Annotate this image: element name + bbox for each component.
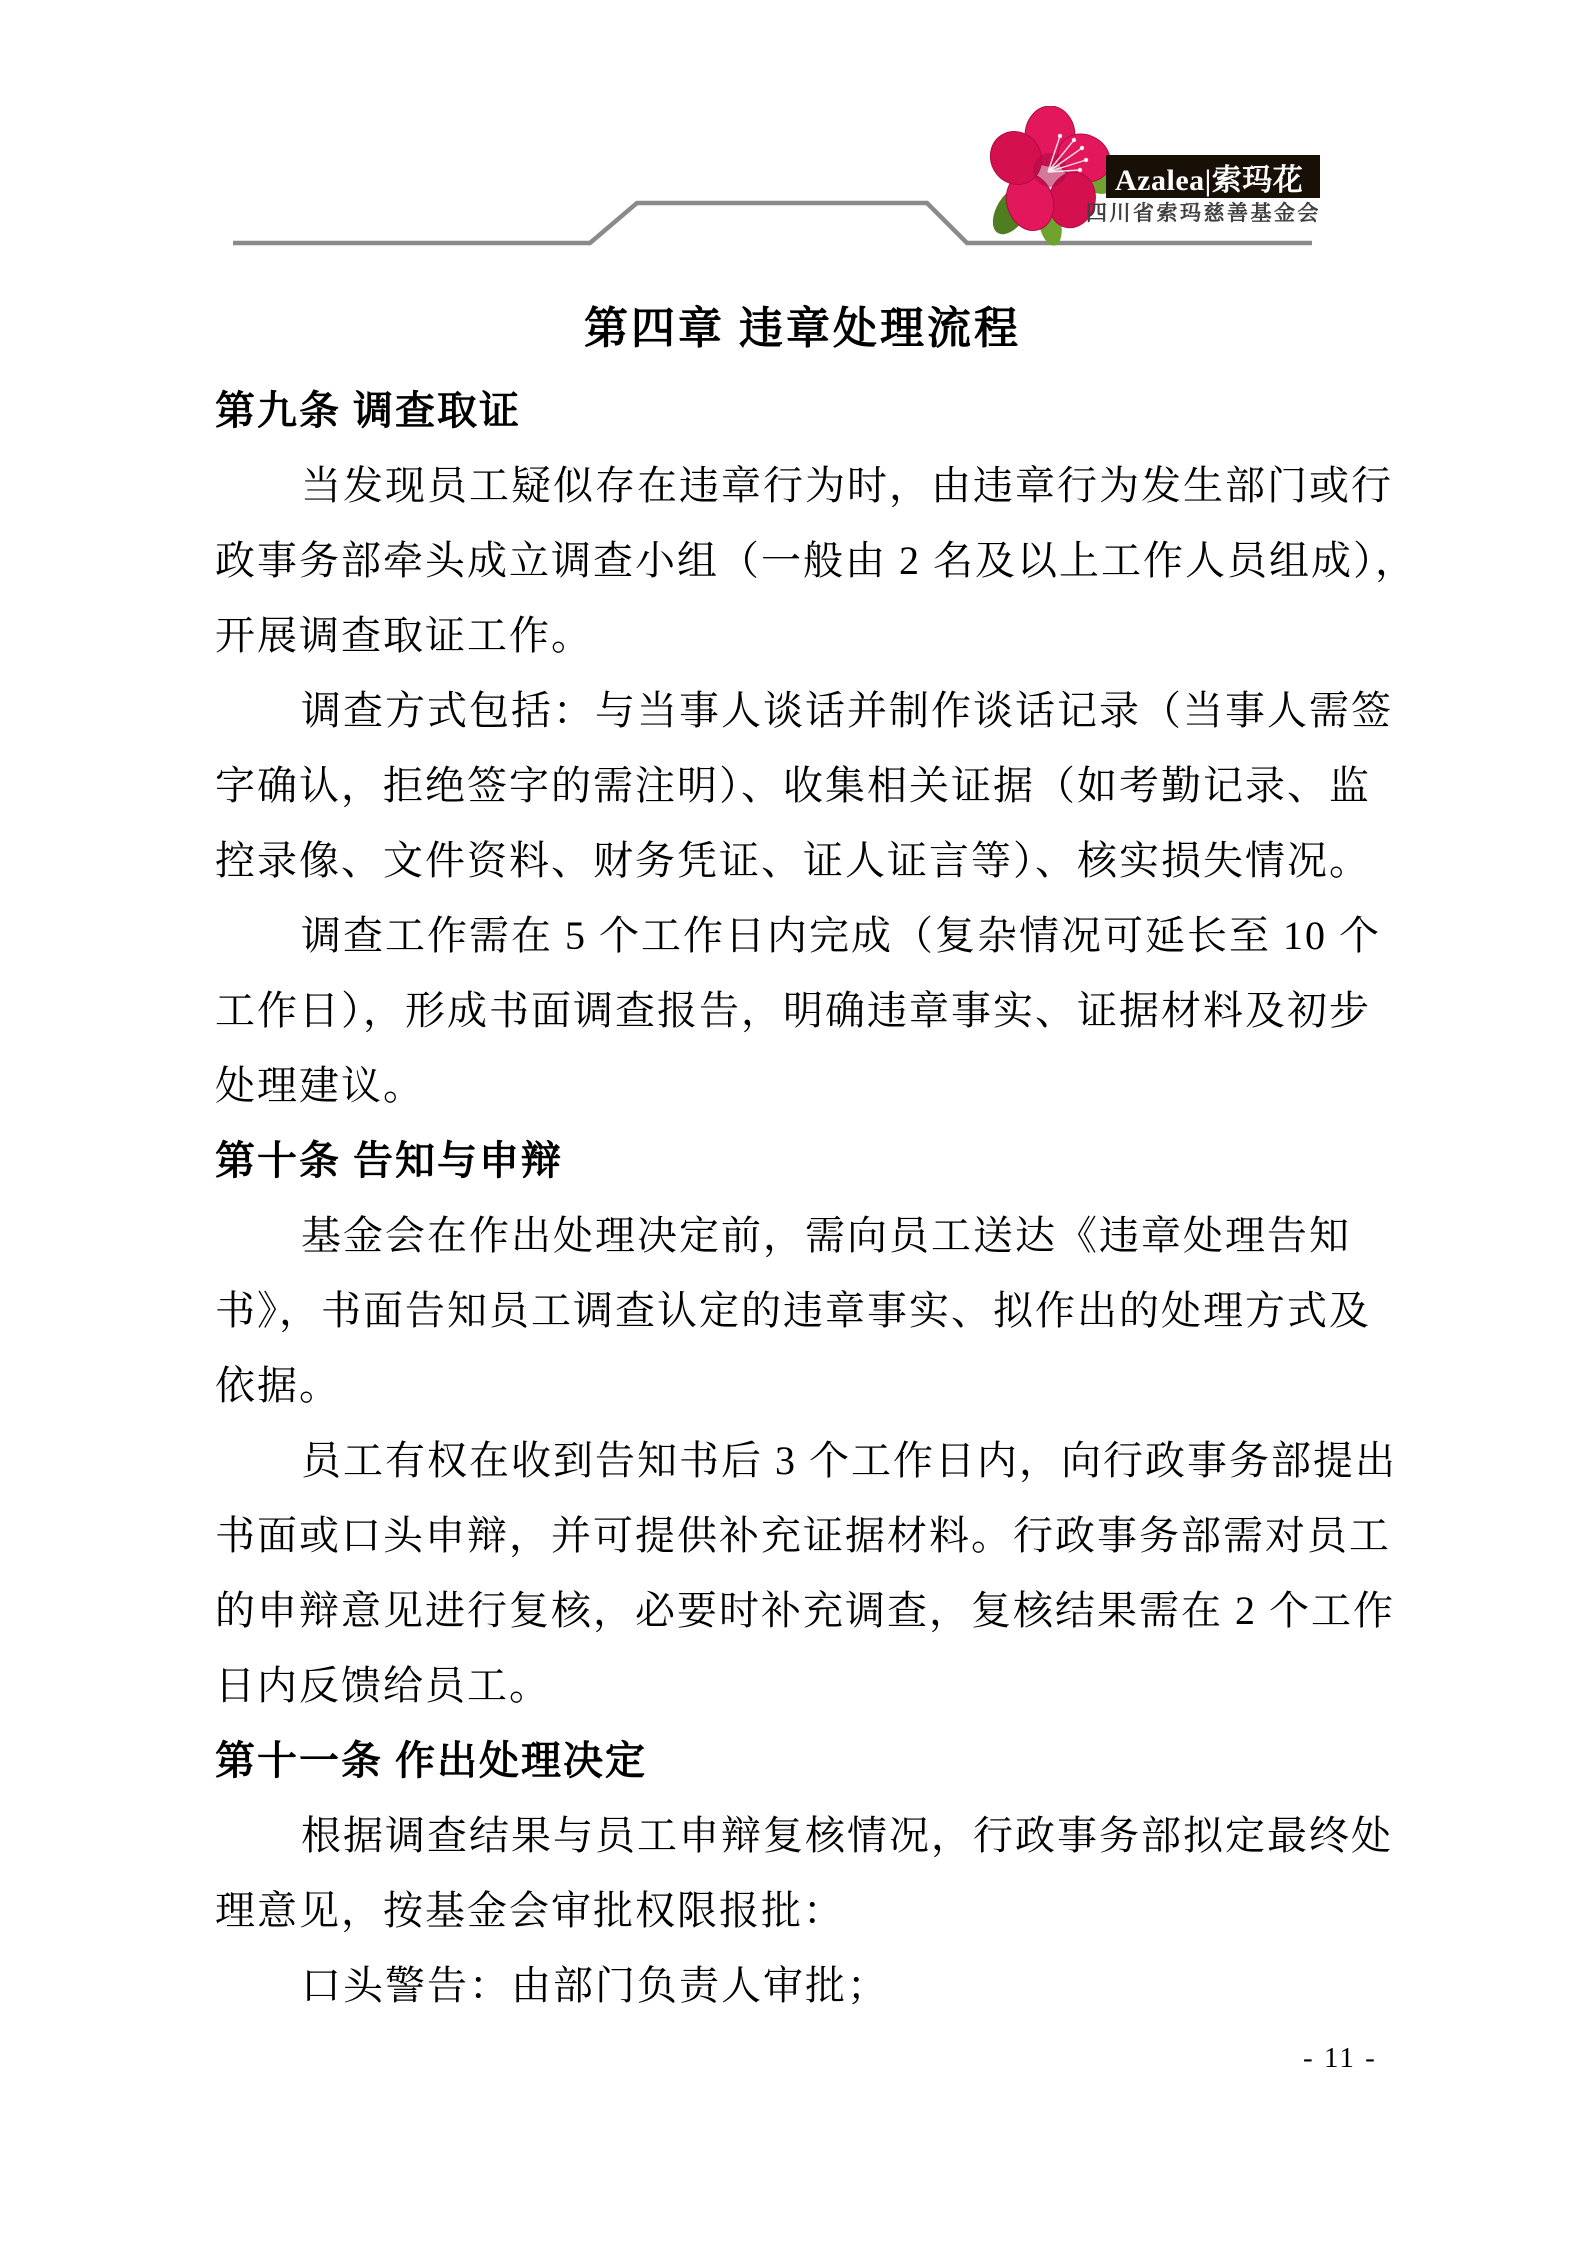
- text-line: 政事务部牵头成立调查小组（一般由 2 名及以上工作人员组成），: [215, 530, 1390, 605]
- text-line: 书面或口头申辩，并可提供补充证据材料。行政事务部需对员工: [215, 1505, 1390, 1580]
- text-line: 口头警告：由部门负责人审批；: [215, 1955, 1390, 2030]
- logo-brand-text: Azalea|索玛花: [1115, 155, 1303, 199]
- logo-brand-box: Azalea|索玛花: [1106, 155, 1320, 198]
- document-page: Azalea|索玛花 四川省索玛慈善基金会 第四章 违章处理流程 第九条 调查取…: [0, 0, 1587, 2245]
- text-line: 当发现员工疑似存在违章行为时，由违章行为发生部门或行: [215, 455, 1390, 530]
- text-line: 开展调查取证工作。: [215, 605, 1390, 680]
- text-line: 根据调查结果与员工申辩复核情况，行政事务部拟定最终处: [215, 1805, 1390, 1880]
- chapter-title: 第四章 违章处理流程: [215, 292, 1390, 356]
- section-heading: 第十一条 作出处理决定: [215, 1730, 1390, 1805]
- text-line: 基金会在作出处理决定前，需向员工送达《违章处理告知: [215, 1205, 1390, 1280]
- text-line: 依据。: [215, 1355, 1390, 1430]
- text-line: 调查方式包括：与当事人谈话并制作谈话记录（当事人需签: [215, 680, 1390, 755]
- text-line: 书》，书面告知员工调查认定的违章事实、拟作出的处理方式及: [215, 1280, 1390, 1355]
- text-line: 工作日），形成书面调查报告，明确违章事实、证据材料及初步: [215, 980, 1390, 1055]
- text-line: 理意见，按基金会审批权限报批：: [215, 1880, 1390, 1955]
- text-line: 处理建议。: [215, 1055, 1390, 1130]
- text-line: 字确认，拒绝签字的需注明）、收集相关证据（如考勤记录、监: [215, 755, 1390, 830]
- text-line: 控录像、文件资料、财务凭证、证人证言等）、核实损失情况。: [215, 830, 1390, 905]
- page-number: - 11 -: [1303, 2042, 1377, 2075]
- header-divider-line: [0, 0, 1587, 300]
- text-line: 的申辩意见进行复核，必要时补充调查，复核结果需在 2 个工作: [215, 1580, 1390, 1655]
- section-heading: 第九条 调查取证: [215, 380, 1390, 455]
- logo-subtitle-text: 四川省索玛慈善基金会: [1086, 197, 1324, 227]
- text-line: 日内反馈给员工。: [215, 1655, 1390, 1730]
- text-line: 调查工作需在 5 个工作日内完成（复杂情况可延长至 10 个: [215, 905, 1390, 980]
- text-line: 员工有权在收到告知书后 3 个工作日内，向行政事务部提出: [215, 1430, 1390, 1505]
- section-heading: 第十条 告知与申辩: [215, 1130, 1390, 1205]
- document-body: 第九条 调查取证当发现员工疑似存在违章行为时，由违章行为发生部门或行政事务部牵头…: [215, 380, 1390, 2030]
